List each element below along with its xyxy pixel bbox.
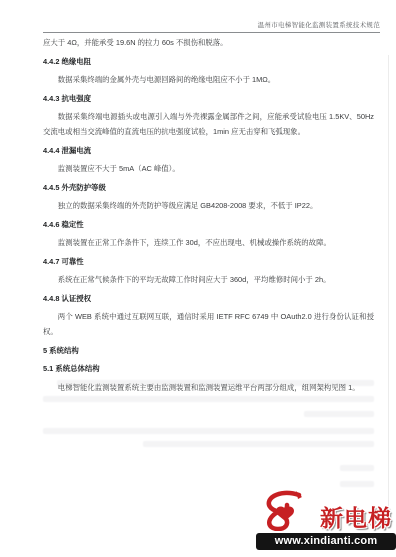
section-heading: 4.4.4 泄漏电流 xyxy=(43,143,374,158)
running-header-title: 温州市电梯智能化监测装置系统技术规范 xyxy=(43,20,380,33)
bleed-through-line xyxy=(143,441,374,447)
scan-page-edge xyxy=(388,55,389,527)
section-heading: 4.4.5 外壳防护等级 xyxy=(43,180,374,195)
paragraph: 监测装置应不大于 5mA（AC 峰值）。 xyxy=(43,161,374,176)
bleed-through-line xyxy=(43,396,374,402)
document-page: 温州市电梯智能化监测装置系统技术规范 应大于 4Ω，并能承受 19.6N 的拉力… xyxy=(0,0,396,557)
section-heading: 4.4.3 抗电强度 xyxy=(43,91,374,106)
bleed-through-line xyxy=(43,428,374,434)
bleed-through-line xyxy=(57,380,374,386)
website-url-bar: www.xindianti.com xyxy=(256,533,396,550)
bleed-through-line xyxy=(304,411,374,417)
section-heading: 4.4.2 绝缘电阻 xyxy=(43,54,374,69)
xindianti-watermark-logo: 新电梯 www.xindianti.com xyxy=(256,497,396,550)
paragraph: 两个 WEB 系统中通过互联网互联，通信时采用 IETF RFC 6749 中 … xyxy=(43,309,374,339)
bleed-through-line xyxy=(340,481,374,487)
document-body: 应大于 4Ω，并能承受 19.6N 的拉力 60s 不损伤和脱落。 4.4.2 … xyxy=(43,35,374,398)
brand-name: 新电梯 xyxy=(320,503,392,533)
paragraph: 数据采集终端电源插头或电源引入端与外壳裸露金属部件之间，应能承受试验电压 1.5… xyxy=(43,109,374,139)
paragraph: 数据采集终端的金属外壳与电源回路间的绝缘电阻应不小于 1MΩ。 xyxy=(43,72,374,87)
section-heading: 4.4.7 可靠性 xyxy=(43,254,374,269)
section-heading: 4.4.8 认证授权 xyxy=(43,291,374,306)
ribbon-figure-heart-icon xyxy=(258,489,308,536)
paragraph: 系统在正常气候条件下的平均无故障工作时间应大于 360d，平均维修时间小于 2h… xyxy=(43,272,374,287)
paragraph: 应大于 4Ω，并能承受 19.6N 的拉力 60s 不损伤和脱落。 xyxy=(43,35,374,50)
paragraph: 监测装置在正常工作条件下，连续工作 30d，不应出现电、机械或操作系统的故障。 xyxy=(43,235,374,250)
chapter-heading: 5 系统结构 xyxy=(43,343,374,358)
bleed-through-line xyxy=(340,465,374,471)
section-heading: 5.1 系统总体结构 xyxy=(43,361,374,376)
section-heading: 4.4.6 稳定性 xyxy=(43,217,374,232)
paragraph: 独立的数据采集终端的外壳防护等级应满足 GB4208-2008 要求，不低于 I… xyxy=(43,198,374,213)
